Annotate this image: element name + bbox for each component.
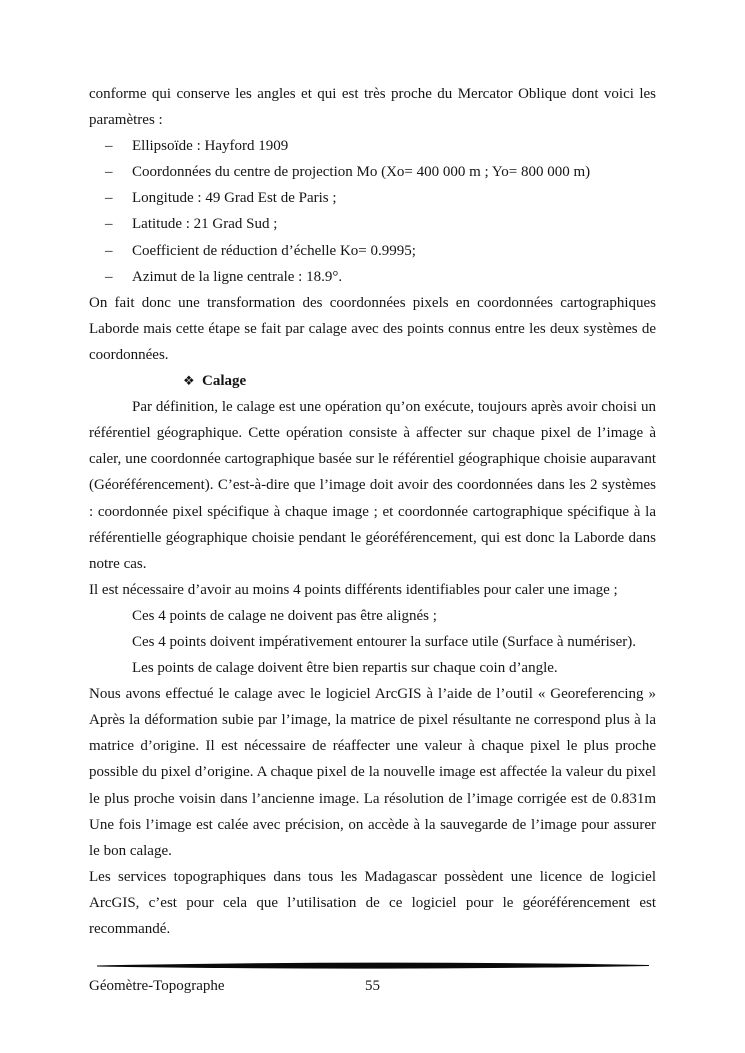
- text-line: Après la déformation subie par l’image, …: [89, 707, 656, 733]
- text-line: référentielle géographique choisie penda…: [89, 525, 656, 551]
- dash-bullet-icon: –: [105, 159, 132, 185]
- text-line: ArcGIS, c’est pour cela que l’utilisatio…: [89, 890, 656, 916]
- text-line: conforme qui conserve les angles et qui …: [89, 81, 656, 107]
- list-item-text: Latitude : 21 Grad Sud ;: [132, 216, 277, 232]
- text-line: Par définition, le calage est une opérat…: [89, 394, 656, 420]
- section-heading: ❖Calage: [89, 368, 656, 394]
- dash-bullet-icon: –: [105, 211, 132, 237]
- document-body: conforme qui conserve les angles et qui …: [89, 81, 656, 942]
- dash-bullet-icon: –: [105, 185, 132, 211]
- text-line: Il est nécessaire d’avoir au moins 4 poi…: [89, 577, 656, 603]
- text-line: Laborde mais cette étape se fait par cal…: [89, 316, 656, 342]
- dash-bullet-icon: –: [105, 133, 132, 159]
- text-line: possible du pixel d’origine. A chaque pi…: [89, 759, 656, 785]
- text-line: : coordonnée pixel spécifique à chaque i…: [89, 499, 656, 525]
- document-page: conforme qui conserve les angles et qui …: [0, 0, 745, 1053]
- list-item: –Latitude : 21 Grad Sud ;: [89, 211, 656, 237]
- text-line: paramètres :: [89, 107, 656, 133]
- dash-bullet-icon: –: [105, 264, 132, 290]
- text-line: référentiel géographique. Cette opératio…: [89, 420, 656, 446]
- list-item: –Longitude : 49 Grad Est de Paris ;: [89, 185, 656, 211]
- text-line: recommandé.: [89, 916, 656, 942]
- list-item: –Azimut de la ligne centrale : 18.9°.: [89, 264, 656, 290]
- text-line: Les services topographiques dans tous le…: [89, 864, 656, 890]
- text-line: Ces 4 points de calage ne doivent pas êt…: [89, 603, 656, 629]
- text-line: matrice d’origine. Il est nécessaire de …: [89, 733, 656, 759]
- list-item: –Coordonnées du centre de projection Mo …: [89, 159, 656, 185]
- text-line: notre cas.: [89, 551, 656, 577]
- text-line: le bon calage.: [89, 838, 656, 864]
- text-line: le plus proche voisin dans l’ancienne im…: [89, 786, 656, 812]
- text-line: Les points de calage doivent être bien r…: [89, 655, 656, 681]
- text-line: (Géoréférencement). C’est-à-dire que l’i…: [89, 472, 656, 498]
- section-heading-label: Calage: [202, 373, 246, 389]
- text-line: Nous avons effectué le calage avec le lo…: [89, 681, 656, 707]
- list-item-text: Ellipsoïde : Hayford 1909: [132, 138, 288, 154]
- footer-row: Géomètre-Topographe 55: [89, 973, 656, 999]
- footer-rule: [97, 962, 649, 972]
- text-line: Une fois l’image est calée avec précisio…: [89, 812, 656, 838]
- list-item-text: Azimut de la ligne centrale : 18.9°.: [132, 269, 342, 285]
- text-line: caler, une coordonnée cartographique bas…: [89, 446, 656, 472]
- list-item: –Ellipsoïde : Hayford 1909: [89, 133, 656, 159]
- text-line: coordonnées.: [89, 342, 656, 368]
- page-footer: Géomètre-Topographe 55: [89, 942, 656, 999]
- footer-author-label: Géomètre-Topographe: [89, 978, 225, 994]
- text-line: Ces 4 points doivent impérativement ento…: [89, 629, 656, 655]
- list-item: –Coefficient de réduction d’échelle Ko= …: [89, 238, 656, 264]
- list-item-text: Longitude : 49 Grad Est de Paris ;: [132, 190, 337, 206]
- diamond-bullet-icon: ❖: [183, 369, 202, 395]
- dash-bullet-icon: –: [105, 238, 132, 264]
- text-line: On fait donc une transformation des coor…: [89, 290, 656, 316]
- list-item-text: Coefficient de réduction d’échelle Ko= 0…: [132, 243, 416, 259]
- list-item-text: Coordonnées du centre de projection Mo (…: [132, 164, 590, 180]
- page-number: 55: [365, 973, 380, 999]
